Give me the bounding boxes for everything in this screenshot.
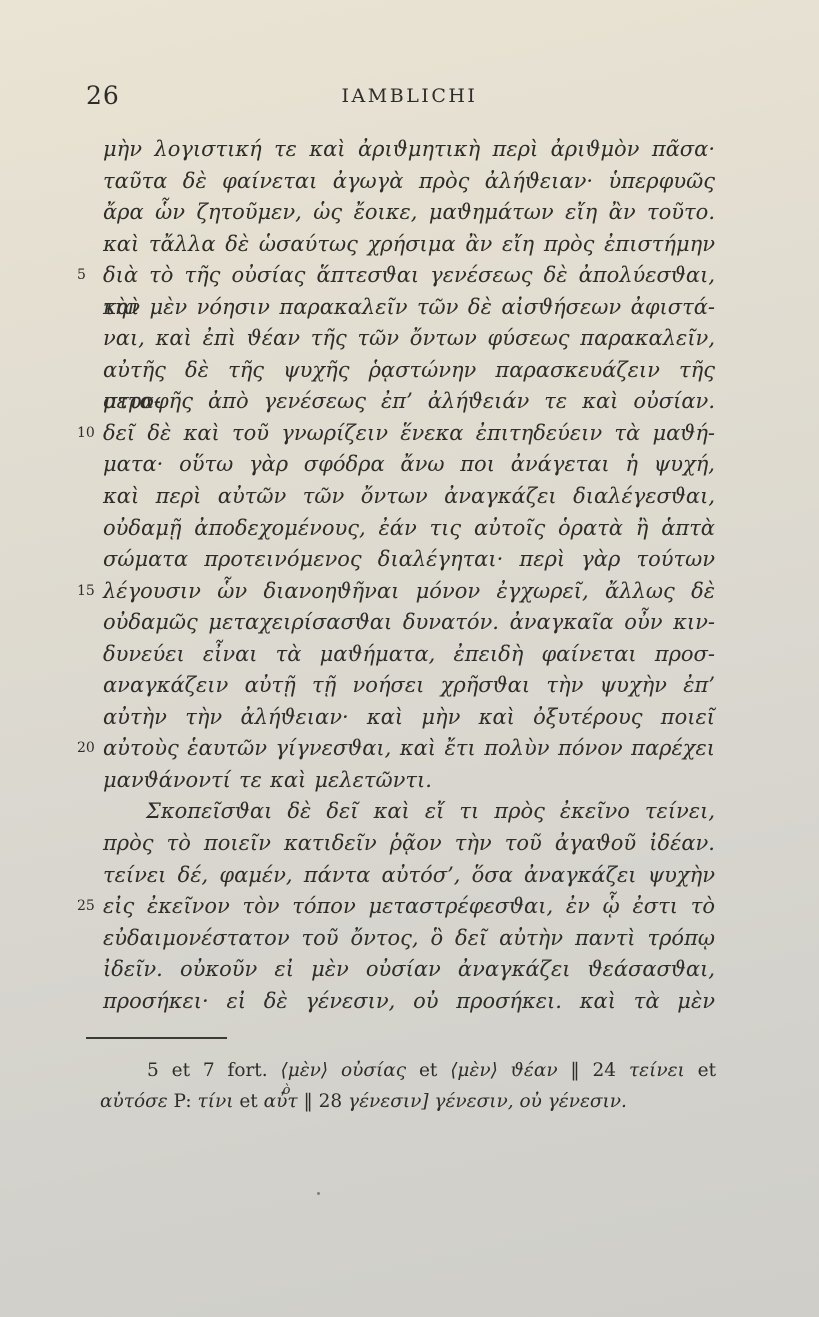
line-number: 5	[77, 260, 99, 292]
text-line: πρὸς τὸ ποιεῖν κατιδεῖν ῥᾷον τὴν τοῦ ἀγα…	[103, 828, 715, 860]
text-line: καὶ περὶ αὐτῶν τῶν ὄντων ἀναγκάζει διαλέ…	[103, 481, 715, 513]
text-line: αὐτὴν τὴν ἀλήϑειαν· καὶ μὴν καὶ ὀξυτέρου…	[103, 702, 715, 734]
text-line: αὐτῆς δὲ τῆς ψυχῆς ῥᾳστώνην παρασκευάζει…	[103, 355, 715, 387]
text-line: αναγκάζειν αὐτῇ τῇ νοήσει χρῆσϑαι τὴν ψυ…	[103, 670, 715, 702]
text-line: 25εἰς ἐκεῖνον τὸν τόπον μεταστρέφεσϑαι, …	[103, 891, 715, 923]
line-number: 25	[77, 891, 99, 923]
text-line: μανϑάνοντί τε καὶ μελετῶντι.	[103, 765, 715, 797]
line-number: 10	[77, 418, 99, 450]
book-page: 26 IAMBLICHI μὴν λογιστική τε καὶ ἀριϑμη…	[0, 0, 819, 1317]
running-head: IAMBLICHI	[0, 85, 819, 107]
text-line: Σκοπεῖσϑαι δὲ δεῖ καὶ εἴ τι πρὸς ἐκεῖνο …	[103, 796, 715, 828]
text-line: οὐδαμῶς μεταχειρίσασϑαι δυνατόν. ἀναγκαῖ…	[103, 607, 715, 639]
text-line: 10δεῖ δὲ καὶ τοῦ γνωρίζειν ἕνεκα ἐπιτηδε…	[103, 418, 715, 450]
text-line: τείνει δέ, φαμέν, πάντα αὐτόσ’, ὅσα ἀναγ…	[103, 860, 715, 892]
paper-speck	[317, 1192, 320, 1195]
main-text-block: μὴν λογιστική τε καὶ ἀριϑμητικὴ περὶ ἀρι…	[103, 134, 715, 1017]
text-line: εὐδαιμονέστατον τοῦ ὄντος, ὃ δεῖ αὐτὴν π…	[103, 923, 715, 955]
text-line: καὶ τἄλλα δὲ ὡσαύτως χρήσιμα ἂν εἴη πρὸς…	[103, 229, 715, 261]
text-line: δυνεύει εἶναι τὰ μαϑήματα, ἐπειδὴ φαίνετ…	[103, 639, 715, 671]
text-line: 20αὐτοὺς ἑαυτῶν γίγνεσϑαι, καὶ ἔτι πολὺν…	[103, 733, 715, 765]
text-line: ἄρα ὧν ζητοῦμεν, ὡς ἔοικε, μαϑημάτων εἴη…	[103, 197, 715, 229]
text-line: οὐδαμῇ ἀποδεχομένους, ἐάν τις αὐτοῖς ὁρα…	[103, 513, 715, 545]
text-line: στροφῆς ἀπὸ γενέσεως ἐπ’ ἀλήϑειάν τε καὶ…	[103, 386, 715, 418]
line-number: 15	[77, 576, 99, 608]
text-line: ἰδεῖν. οὐκοῦν εἰ μὲν οὐσίαν ἀναγκάζει ϑε…	[103, 954, 715, 986]
footnote-rule	[86, 1037, 227, 1039]
text-line: σώματα προτεινόμενος διαλέγηται· περὶ γὰ…	[103, 544, 715, 576]
text-line: ματα· οὕτω γὰρ σφόδρα ἄνω ποι ἀνάγεται ἡ…	[103, 449, 715, 481]
text-line: ταῦτα δὲ φαίνεται ἀγωγὰ πρὸς ἀλήϑειαν· ὑ…	[103, 166, 715, 198]
footnote-line: 5 et 7 fort. ⟨μὲν⟩ οὐσίας et ⟨μὲν⟩ ϑέαν …	[100, 1056, 716, 1087]
footnote-block: 5 et 7 fort. ⟨μὲν⟩ οὐσίας et ⟨μὲν⟩ ϑέαν …	[100, 1056, 716, 1119]
footnote-line: αὐτόσε P: τίνι et αὐτὸ ‖ 28 γένεσιν] γέν…	[100, 1087, 716, 1120]
text-line: μὴν λογιστική τε καὶ ἀριϑμητικὴ περὶ ἀρι…	[103, 134, 715, 166]
text-line: τὴν μὲν νόησιν παρακαλεῖν τῶν δὲ αἰσϑήσε…	[103, 292, 715, 324]
text-line: προσήκει· εἰ δὲ γένεσιν, οὐ προσήκει. κα…	[103, 986, 715, 1018]
text-line: 15λέγουσιν ὧν διανοηϑῆναι μόνον ἐγχωρεῖ,…	[103, 576, 715, 608]
text-line: ναι, καὶ ἐπὶ ϑέαν τῆς τῶν ὄντων φύσεως π…	[103, 323, 715, 355]
text-line: 5διὰ τὸ τῆς οὐσίας ἅπτεσϑαι γενέσεως δὲ …	[103, 260, 715, 292]
line-number: 20	[77, 733, 99, 765]
